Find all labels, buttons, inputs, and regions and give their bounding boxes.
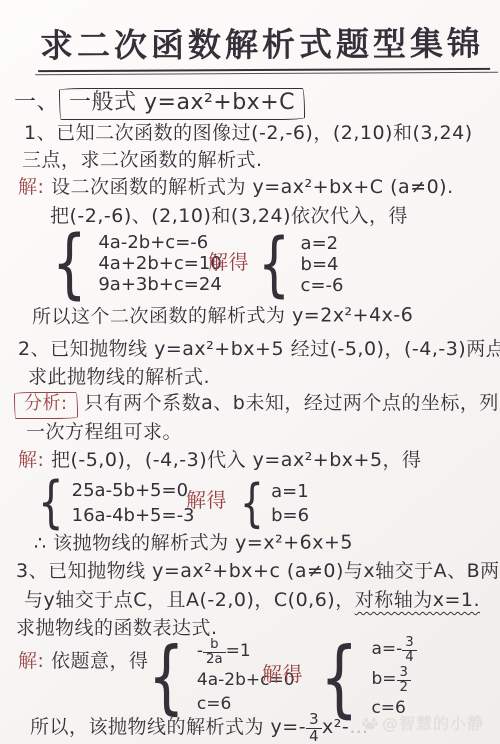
problem1-equation-system: { 4a-2b+c=-6 4a+2b+c=10 9a+3b+c=24: [52, 231, 222, 296]
problem3-question-line2: 与y轴交于点C，且A(-2,0)，C(0,6)，对称轴为x=1.: [24, 589, 480, 613]
left-brace: {: [52, 231, 87, 296]
problem3-solved-label: 解得: [262, 662, 303, 687]
problem1-solve-line: 解: 设二次函数的解析式为 y=ax²+bx+C (a≠0).: [18, 176, 454, 200]
problem3-symmetry-axis: 对称轴为x=1.: [355, 589, 480, 611]
problem3-sol-b: b=32: [371, 666, 416, 696]
problem2-analysis-line1: 分析: 只有两个系数a、b未知，经过两个点的坐标，列出二元: [14, 392, 500, 419]
final-conclusion: 所以，该抛物线的解析式为 y=-34x²-…: [30, 712, 369, 744]
problem2-solution-system: { a=1 b=6: [240, 480, 309, 529]
problem1-setup: 设二次函数的解析式为 y=ax²+bx+C (a≠0).: [51, 176, 454, 198]
problem3-solution-system: { a=-34 b=32 c=6: [320, 636, 417, 722]
problem1-question-line1: 1、已知二次函数的图像过(-2,-6)，(2,10)和(3,24): [24, 122, 473, 146]
problem2-sol-a: a=1: [271, 480, 309, 504]
problem2-solved-label: 解得: [186, 488, 227, 513]
problem1-sol-c: c=-6: [301, 275, 344, 296]
problem3-sol-a: a=-34: [371, 636, 416, 666]
problem2-eq1: 25a-5b+5=0: [72, 478, 195, 503]
page-title-text: 求二次函数解析式题型集锦: [38, 23, 490, 73]
problem1-conclusion: 所以这个二次函数的解析式为 y=2x²+4x-6: [32, 304, 413, 330]
left-brace: {: [320, 643, 358, 714]
problem1-sol-b: b=4: [301, 254, 344, 275]
problem1-eq1: 4a-2b+c=-6: [98, 232, 221, 253]
analysis-label-bubble: 分析:: [14, 392, 78, 419]
left-brace: {: [38, 479, 64, 527]
final-tail: x²-: [322, 716, 349, 738]
problem3-solve-line: 解: 依题意，得: [18, 650, 148, 674]
left-brace: {: [258, 235, 290, 295]
solve-label: 解:: [18, 176, 44, 198]
problem2-question-line2: 求此抛物线的解析式.: [28, 366, 210, 390]
final-fraction: 34: [306, 712, 322, 744]
problem2-conclusion: ∴ 该抛物线的解析式为 y=x²+6x+5: [34, 531, 353, 556]
solve-label: 解:: [18, 449, 44, 471]
section-label-bubble: 一般式 y=ax²+bx+C: [59, 88, 305, 120]
problem1-substitution: 把(-2,-6)、(2,10)和(3,24)依次代入，得: [50, 205, 408, 229]
left-brace: {: [148, 643, 185, 711]
problem3-solve-text: 依题意，得: [51, 650, 149, 672]
final-prefix: 所以，该抛物线的解析式为 y=-: [30, 716, 306, 738]
watermark: @智慧的小静: [361, 711, 484, 734]
problem3-question-line2-text: 与y轴交于点C，且A(-2,0)，C(0,6)，: [24, 589, 355, 611]
page-title: 求二次函数解析式题型集锦: [38, 23, 490, 73]
problem2-equation-system: { 25a-5b+5=0 16a-4b+5=-3: [38, 478, 195, 528]
section-heading: 一、一般式 y=ax²+bx+C: [14, 88, 305, 120]
left-brace: {: [240, 482, 264, 526]
problem3-question-line1: 3、已知抛物线 y=ax²+bx+c (a≠0)与x轴交于A、B两点，: [16, 560, 500, 584]
handwritten-notes-page: 求二次函数解析式题型集锦 一、一般式 y=ax²+bx+C 1、已知二次函数的图…: [0, 0, 500, 744]
problem2-question-line1: 2、已知抛物线 y=ax²+bx+5 经过(-5,0)，(-4,-3)两点，: [18, 338, 500, 362]
solve-label: 解:: [18, 650, 44, 672]
paw-icon: [361, 714, 379, 732]
problem2-sol-b: b=6: [271, 504, 309, 528]
problem1-eq3: 9a+3b+c=24: [98, 274, 221, 295]
problem1-eq2: 4a+2b+c=10: [98, 253, 221, 274]
problem2-analysis-text1: 只有两个系数a、b未知，经过两个点的坐标，列出二元: [84, 392, 500, 414]
problem2-eq2: 16a-4b+5=-3: [72, 503, 195, 528]
problem2-analysis-line2: 一次方程组可求。: [26, 421, 182, 445]
problem2-solve-line: 解: 把(-5,0)，(-4,-3)代入 y=ax²+bx+5，得: [18, 449, 422, 473]
problem1-question-line2: 三点，求二次函数的解析式.: [22, 149, 263, 173]
watermark-text: @智慧的小静: [382, 711, 484, 734]
problem1-sol-a: a=2: [301, 233, 344, 254]
section-index: 一、: [14, 90, 59, 115]
problem1-solved-label: 解得: [208, 250, 249, 275]
problem1-solution-system: { a=2 b=4 c=-6: [258, 233, 343, 296]
problem2-substitution: 把(-5,0)，(-4,-3)代入 y=ax²+bx+5，得: [51, 449, 422, 471]
